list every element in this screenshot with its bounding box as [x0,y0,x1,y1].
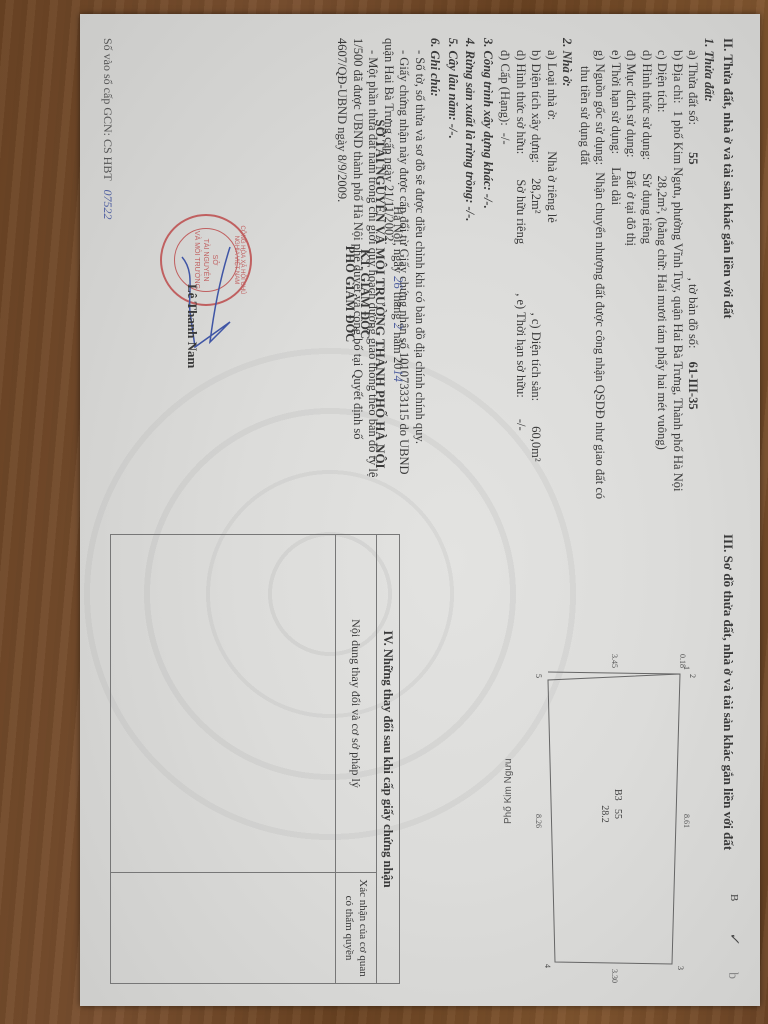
date-day: 26 [391,276,405,289]
notes-heading: 6. Ghi chú: [427,38,443,508]
term-value: Lâu dài [609,167,623,205]
month-label: tháng [391,292,405,320]
plot-parcel-label: 55 [612,809,623,819]
plot-area-label: 28.2 [599,805,610,823]
issue-date: Hà Nội, ngày 26 tháng 2 năm 2014 [390,104,405,484]
land-heading: 1. Thửa đất: [701,38,717,508]
address-label: b) Địa chỉ: [671,50,685,103]
floor-area-label: , c) Diện tích sàn: [530,313,544,402]
map-sheet-value: 61-III-35 [687,362,701,410]
year-label: năm 20 [391,332,405,369]
stamp-text-2: TÀI NGUYÊN [202,239,211,282]
point-4: 4 [543,964,552,968]
origin-row: g) Nguồn gốc sử dụng: Nhận chuyển nhượng… [592,38,608,508]
house-type-value: Nhà ở riêng lẻ [545,151,559,223]
change-content-cell [111,535,335,873]
grade-value: -/- [499,133,513,145]
registry-label: Số vào sổ cấp GCN: CS HBT [101,38,115,180]
column-2-line-2: có thẩm quyền [342,873,356,983]
date-month: 2 [391,323,405,329]
parcel-value: 55 [687,152,701,165]
own-term-value: -/- [514,419,528,431]
point-5: 5 [534,674,543,678]
table-header-row: Nội dung thay đổi và cơ sở pháp lý Xác n… [335,535,376,983]
origin-value-cont: thu tiền sử dụng đất [577,38,593,508]
perennial-trees: 5. Cây lâu năm: -/-. [445,38,461,508]
parcel-row: a) Thửa đất số: 55 , tờ bản đồ số: 61-II… [685,38,701,508]
parcel-label: a) Thửa đất số: [687,50,701,125]
house-type-row: a) Loại nhà ở: Nhà ở riêng lẻ [544,38,560,508]
stamp-center: SỞ TÀI NGUYÊN VÀ MÔI TRƯỜNG [174,228,238,292]
signer-name: Lê Thanh Nam [184,284,200,368]
area-value: 28,2m², (bằng chữ: Hai mươi tám phẩy hai… [656,176,670,450]
date-year: 14 [391,369,405,382]
origin-label: g) Nguồn gốc sử dụng: [594,50,608,165]
other-construction: 3. Công trình xây dựng khác: -/-. [480,38,496,508]
use-form-label: d) Hình thức sử dụng: [640,50,654,160]
grade-row: đ) Cấp (Hạng): -/- [497,38,513,508]
land-use-certificate-page: II. Thửa đất, nhà ở và tài sản khác gắn … [80,14,760,1006]
official-red-stamp: CỘNG HÒA XÃ HỘI CHỦ NGHĨA VIỆT NAM SỞ TÀ… [160,214,252,306]
table-body-row [111,535,335,983]
point-1: 1 [682,666,691,670]
handwritten-check-icon: ✓ [725,932,742,944]
term-row: e) Thời hạn sử dụng: Lâu dài [608,38,624,508]
term-label: e) Thời hạn sử dụng: [609,50,623,154]
use-form-value: Sử dụng riêng [640,173,654,244]
edge-3-4: 3.30 [610,969,619,983]
grade-label: đ) Cấp (Hạng): [499,50,513,126]
area-row: c) Diện tích: 28,2m², (bằng chữ: Hai mươ… [654,38,670,508]
edge-4-5: 8.26 [534,814,543,828]
plot-block-label: B3 [612,789,623,801]
stamp-text-3: VÀ MÔI TRƯỜNG [193,231,202,289]
authority-confirmation-cell [111,873,335,983]
section-4-title: IV. Những thay đổi sau khi cấp giấy chứn… [376,535,399,983]
north-arrow-icon: B [728,894,740,901]
purpose-value: Đất ở tại đô thị [625,171,639,246]
note-line: - Số tờ, số thửa và sơ đồ sẽ được điều c… [412,38,428,508]
origin-value: Nhận chuyển nhượng đất được công nhận QS… [594,172,608,499]
area-label: c) Diện tích: [656,50,670,112]
built-area-label: b) Diện tích xây dựng: [530,50,544,163]
stamp-text-1: SỞ [211,255,220,266]
registry-number: Số vào sổ cấp GCN: CS HBT 07522 [100,38,115,219]
address-value: 1 phố Kim Ngưu, phường Vĩnh Tuy, quận Ha… [671,111,685,492]
stamp-ring-text: CỘNG HÒA XÃ HỘI CHỦ NGHĨA VIỆT NAM [233,216,245,304]
section-4-changes-table: IV. Những thay đổi sau khi cấp giấy chứn… [110,534,400,984]
use-form-row: d) Hình thức sử dụng: Sử dụng riêng [639,38,655,508]
house-heading: 2. Nhà ở: [559,38,575,508]
point-3: 3 [676,966,685,970]
plantation-forest: 4. Rừng sản xuất là rừng trồng: -/-. [462,38,478,508]
edge-2-3: 8.61 [682,814,691,828]
own-term-label: , e) Thời hạn sở hữu: [514,293,528,397]
north-label: B [728,894,740,901]
purpose-label: đ) Mục đích sử dụng: [625,50,639,157]
signature-block: Hà Nội, ngày 26 tháng 2 năm 2014 SỞ TÀI … [342,104,405,484]
floor-area-value: 60,0m² [530,426,544,461]
street-label: Phố Kim Ngưu [502,758,514,824]
plot-sketch: Phố Kim Ngưu 55 28.2 B3 8.61 8.26 3.30 3… [490,614,720,994]
date-prefix: Hà Nội, ngày [391,206,405,273]
issuing-authority: SỞ TÀI NGUYÊN VÀ MÔI TRƯỜNG THÀNH PHỐ HÀ… [372,104,388,484]
point-2: 2 [688,674,697,678]
section-2-title: II. Thửa đất, nhà ở và tài sản khác gắn … [720,38,736,508]
ownership-label: d) Hình thức sở hữu: [514,50,528,154]
edge-5-1: 3.45 [610,654,619,668]
ownership-row: d) Hình thức sở hữu: Sở hữu riêng , e) T… [513,38,529,508]
house-type-label: a) Loại nhà ở: [545,50,559,120]
ownership-value: Sở hữu riêng [514,179,528,244]
built-area-row: b) Diện tích xây dựng: 28,2m² , c) Diện … [528,38,544,508]
column-authority-confirmation: Xác nhận của cơ quan có thẩm quyền [336,873,376,983]
map-sheet-label: , tờ bản đồ số: [687,278,701,349]
on-behalf-of-director: KT. GIÁM ĐỐC [357,104,372,484]
signer-position: PHÓ GIÁM ĐỐC [342,104,357,484]
address-row: b) Địa chỉ: 1 phố Kim Ngưu, phường Vĩnh … [670,38,686,508]
registry-value: 07522 [101,189,115,219]
purpose-row: đ) Mục đích sử dụng: Đất ở tại đô thị [623,38,639,508]
section-3-title: III. Sơ đồ thửa đất, nhà ở và tài sản kh… [720,534,736,994]
built-area-value: 28,2m² [530,178,544,213]
column-2-line-1: Xác nhận của cơ quan [356,873,370,983]
certificate-sheet-wrapper: II. Thửa đất, nhà ở và tài sản khác gắn … [80,14,760,1006]
column-change-content: Nội dung thay đổi và cơ sở pháp lý [336,535,376,873]
corner-mark-icon: b [724,972,740,979]
